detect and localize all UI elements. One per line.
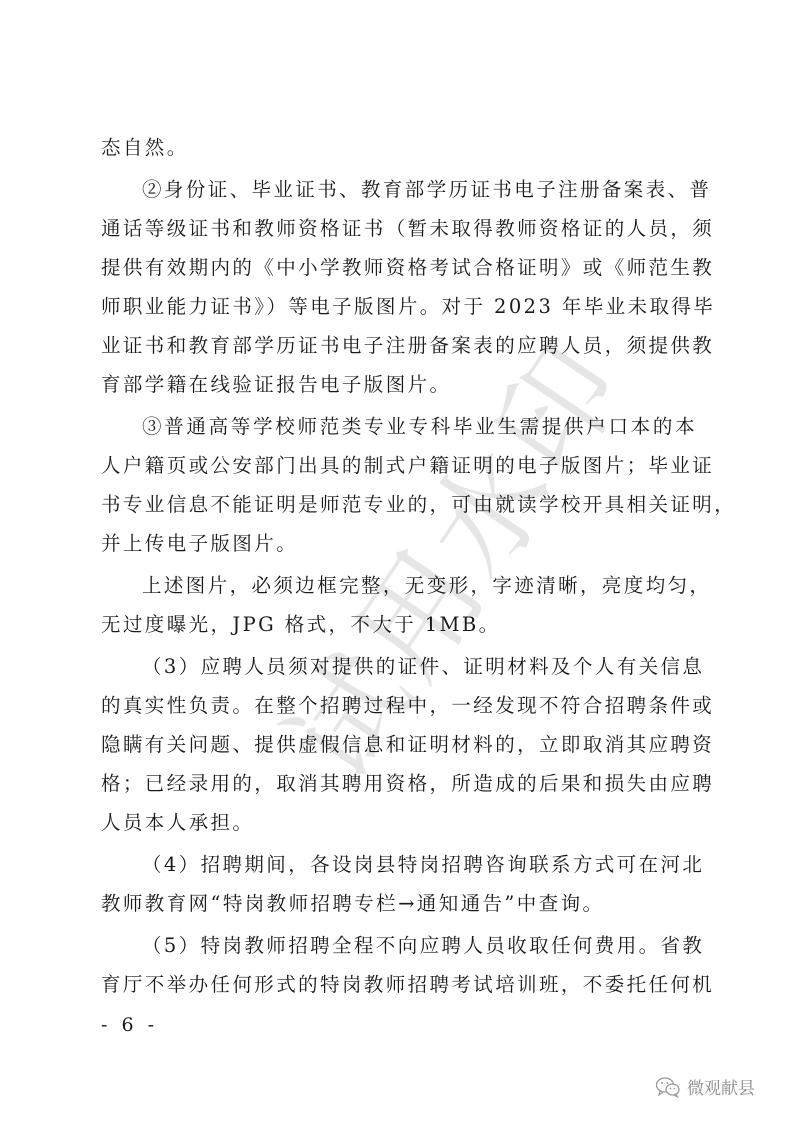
wechat-account-name: 微观献县 [687, 1074, 755, 1099]
paragraph: ②身份证、毕业证书、教育部学历证书电子注册备案表、普通话等级证书和教师资格证书（… [101, 170, 697, 404]
paragraph: （3）应聘人员须对提供的证件、证明材料及个人有关信息的真实性负责。在整个招聘过程… [101, 647, 697, 842]
text-line: 态自然。 [101, 128, 697, 167]
paragraph: 态自然。 [101, 128, 697, 167]
text-line: （3）应聘人员须对提供的证件、证明材料及个人有关信息 [101, 647, 697, 686]
text-line: 上述图片，必须边框完整，无变形，字迹清晰，亮度均匀， [101, 566, 697, 605]
text-line: 育部学籍在线验证报告电子版图片。 [101, 365, 697, 404]
document-page: 试用水印 态自然。②身份证、毕业证书、教育部学历证书电子注册备案表、普通话等级证… [0, 0, 794, 1123]
wechat-icon [655, 1076, 681, 1098]
text-line: （4）招聘期间，各设岗县特岗招聘咨询联系方式可在河北 [101, 845, 697, 884]
text-line: ③普通高等学校师范类专业专科毕业生需提供户口本的本 [101, 407, 697, 446]
text-line: 业证书和教育部学历证书电子注册备案表的应聘人员，须提供教 [101, 326, 697, 365]
text-line: 的真实性负责。在整个招聘过程中，一经发现不符合招聘条件或 [101, 686, 697, 725]
text-line: 书专业信息不能证明是师范专业的，可由就读学校开具相关证明， [101, 485, 697, 524]
text-line: 并上传电子版图片。 [101, 524, 697, 563]
text-line: 教师教育网“特岗教师招聘专栏→通知通告”中查询。 [101, 884, 697, 923]
paragraph: ③普通高等学校师范类专业专科毕业生需提供户口本的本人户籍页或公安部门出具的制式户… [101, 407, 697, 563]
document-body: 态自然。②身份证、毕业证书、教育部学历证书电子注册备案表、普通话等级证书和教师资… [101, 128, 697, 1004]
text-line: 人户籍页或公安部门出具的制式户籍证明的电子版图片；毕业证 [101, 446, 697, 485]
text-line: ②身份证、毕业证书、教育部学历证书电子注册备案表、普 [101, 170, 697, 209]
text-line: 格；已经录用的，取消其聘用资格，所造成的后果和损失由应聘 [101, 764, 697, 803]
wechat-account-badge: 微观献县 [655, 1074, 755, 1099]
text-line: 育厅不举办任何形式的特岗教师招聘考试培训班，不委托任何机 [101, 965, 697, 1004]
page-number: - 6 - [101, 1014, 158, 1036]
text-line: 通话等级证书和教师资格证书（暂未取得教师资格证的人员，须 [101, 209, 697, 248]
paragraph: （5）特岗教师招聘全程不向应聘人员收取任何费用。省教育厅不举办任何形式的特岗教师… [101, 926, 697, 1004]
paragraph: （4）招聘期间，各设岗县特岗招聘咨询联系方式可在河北教师教育网“特岗教师招聘专栏… [101, 845, 697, 923]
text-line: 提供有效期内的《中小学教师资格考试合格证明》或《师范生教 [101, 248, 697, 287]
text-line: 师职业能力证书》）等电子版图片。对于 2023 年毕业未取得毕 [101, 287, 697, 326]
text-line: 隐瞒有关问题、提供虚假信息和证明材料的，立即取消其应聘资 [101, 725, 697, 764]
text-line: （5）特岗教师招聘全程不向应聘人员收取任何费用。省教 [101, 926, 697, 965]
text-line: 无过度曝光，JPG 格式，不大于 1MB。 [101, 605, 697, 644]
paragraph: 上述图片，必须边框完整，无变形，字迹清晰，亮度均匀，无过度曝光，JPG 格式，不… [101, 566, 697, 644]
text-line: 人员本人承担。 [101, 803, 697, 842]
